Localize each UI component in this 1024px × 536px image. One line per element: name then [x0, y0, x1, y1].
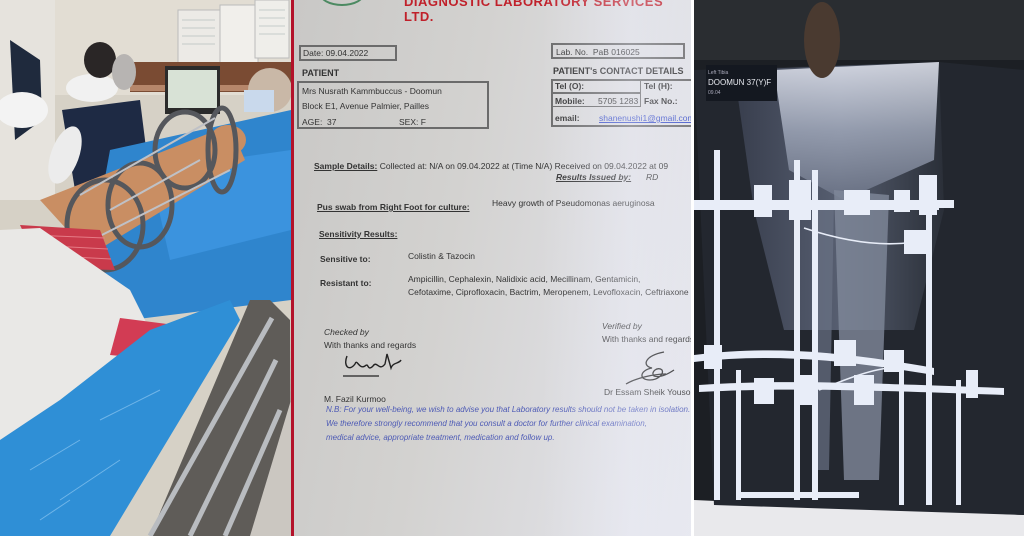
resistant-line-1: Ampicillin, Cephalexin, Nalidixic acid, … [408, 274, 640, 284]
checked-regards: With thanks and regards [324, 340, 416, 350]
results-issued-value: RD [646, 172, 658, 182]
patient-name: Mrs Nusrath Kammbuccus - Doomun [302, 86, 442, 96]
sample-details: Sample Details: Collected at: N/A on 09.… [314, 161, 668, 171]
results-issued-label: Results Issued by: [556, 172, 631, 182]
fax-label: Fax No.: [644, 96, 678, 106]
tel-office-label: Tel (O): [555, 81, 584, 91]
disclaimer-line-3: medical advice, appropriate treatment, m… [326, 433, 555, 442]
verifier-name: Dr Essam Sheik Yousouf [604, 387, 691, 397]
email-label: email: [555, 113, 580, 123]
patient-address: Block E1, Avenue Palmier, Pailles [302, 101, 429, 111]
patient-sex: SEX: F [399, 117, 426, 127]
verified-by-label: Verified by [602, 321, 642, 331]
disclaimer-line-1: N.B: For your well-being, we wish to adv… [326, 405, 690, 414]
checked-by-label: Checked by [324, 327, 369, 337]
photo-collage: DIAGNOSTIC LABORATORY SERVICES LTD. Date… [0, 0, 1024, 536]
lab-report-photo: DIAGNOSTIC LABORATORY SERVICES LTD. Date… [294, 0, 691, 536]
resistant-label: Resistant to: [320, 278, 371, 288]
sensitive-value: Colistin & Tazocin [408, 251, 475, 261]
patient-heading: PATIENT [302, 68, 339, 78]
tel-home-label: Tel (H): [644, 81, 673, 91]
sensitive-label: Sensitive to: [320, 254, 371, 264]
lab-name: DIAGNOSTIC LABORATORY SERVICES LTD. [404, 0, 691, 24]
culture-label: Pus swab from Right Foot for culture: [317, 202, 470, 212]
patient-age: AGE: 37 [302, 117, 337, 127]
verified-regards: With thanks and regards [602, 334, 691, 344]
checker-signature-icon [339, 350, 409, 380]
culture-result: Heavy growth of Pseudomonas aeruginosa [492, 198, 655, 208]
lab-logo-icon [319, 0, 365, 6]
sensitivity-heading: Sensitivity Results: [319, 229, 397, 239]
xray-patient-label: Left Tibia DOOMUN 37(Y)F 09.04 [706, 65, 777, 101]
checker-name: M. Fazil Kurmoo [324, 394, 386, 404]
disclaimer-line-2: We therefore strongly recommend that you… [326, 419, 647, 428]
resistant-line-2: Cefotaxime, Ciprofloxacin, Bactrim, Mero… [408, 287, 689, 297]
date-field: Date: 09.04.2022 [303, 48, 368, 58]
email-value: shanenushi1@gmail.com [599, 113, 691, 123]
mobile-value: 5705 1283 [598, 96, 638, 106]
verifier-signature-icon [624, 348, 684, 388]
xray-photo: Left Tibia DOOMUN 37(Y)F 09.04 [694, 0, 1024, 536]
contact-heading: PATIENT's CONTACT DETAILS [553, 66, 683, 76]
hospital-scene-illustration [0, 0, 291, 536]
mobile-label: Mobile: [555, 96, 585, 106]
lab-no-field: Lab. No. PaB 016025 [556, 47, 640, 57]
hospital-bed-photo [0, 0, 291, 536]
